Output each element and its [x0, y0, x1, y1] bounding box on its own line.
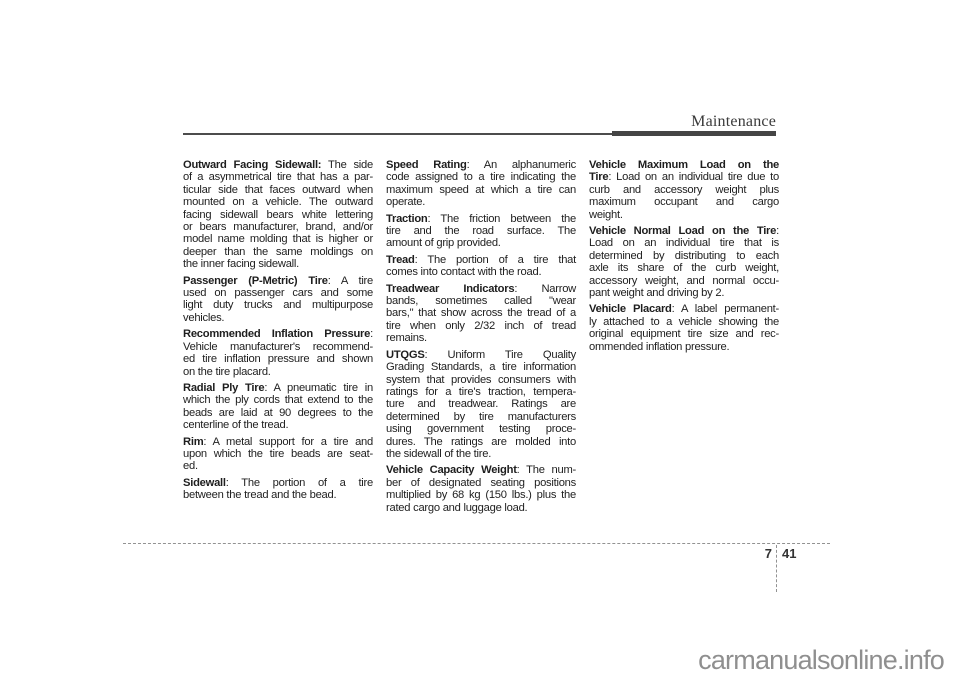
- definition-text: ly attached to a vehicle showing the: [589, 316, 779, 328]
- definition-paragraph: Recommended Inflation Pressure:Vehicle m…: [183, 328, 373, 378]
- definition-term: Recommended Inflation Pressure: [183, 328, 370, 340]
- text-line: rated cargo and luggage load.: [386, 502, 576, 514]
- definition-text: ture and treadwear. Ratings are: [386, 398, 576, 410]
- definition-text: using government testing proce-: [386, 423, 576, 435]
- definition-text: or bears manufacturer, brand, and/or: [183, 221, 373, 233]
- text-line: Vehicle Normal Load on the Tire:: [589, 225, 779, 237]
- text-line: deeper than the same moldings on: [183, 246, 373, 258]
- text-line: code assigned to a tire indicating the: [386, 171, 576, 183]
- definition-term: Tread: [386, 254, 415, 266]
- text-line: the inner facing sidewall.: [183, 258, 373, 270]
- text-line: tire when only 2/32 inch of tread: [386, 320, 576, 332]
- header-rule-thick-bar: [612, 131, 776, 136]
- text-line: the sidewall of the tire.: [386, 448, 576, 460]
- text-line: Tread: The portion of a tire that: [386, 254, 576, 266]
- text-line: system that provides consumers with: [386, 374, 576, 386]
- definition-text: ber of designated seating positions: [386, 477, 576, 489]
- definition-text: ed.: [183, 460, 198, 472]
- definition-paragraph: Vehicle Maximum Load on theTire: Load on…: [589, 159, 779, 221]
- definition-text: model name molding that is higher or: [183, 233, 373, 245]
- definition-text: on the tire placard.: [183, 366, 271, 378]
- text-line: Traction: The friction between the: [386, 213, 576, 225]
- definition-paragraph: Passenger (P-Metric) Tire: A tireused on…: [183, 275, 373, 325]
- text-line: ly attached to a vehicle showing the: [589, 316, 779, 328]
- definition-text: weight.: [589, 209, 623, 221]
- definition-paragraph: Tread: The portion of a tire thatcomes i…: [386, 254, 576, 279]
- footer-chapter-number: 7: [748, 546, 772, 561]
- definition-paragraph: Treadwear Indicators: Narrowbands, somet…: [386, 283, 576, 345]
- text-line: vehicles.: [183, 312, 373, 324]
- text-line: Radial Ply Tire: A pneumatic tire in: [183, 382, 373, 394]
- text-line: Tire: Load on an individual tire due to: [589, 171, 779, 183]
- definition-text: : Narrow: [514, 283, 576, 295]
- definition-text: determined by tire manufacturers: [386, 411, 576, 423]
- text-line: or bears manufacturer, brand, and/or: [183, 221, 373, 233]
- definition-text: : The num-: [517, 464, 576, 476]
- footer-page-number: 41: [782, 546, 796, 561]
- text-line: ed.: [183, 460, 373, 472]
- text-line: curb and accessory weight plus: [589, 184, 779, 196]
- definition-text: bars," that show across the tread of a: [386, 307, 576, 319]
- text-line: on the tire placard.: [183, 366, 373, 378]
- footer-vertical-divider: [776, 545, 777, 592]
- definition-text: ed tire inflation pressure and shown: [183, 353, 373, 365]
- definition-text: the inner facing sidewall.: [183, 258, 299, 270]
- definition-text: determined by distributing to each: [589, 250, 779, 262]
- text-line: Treadwear Indicators: Narrow: [386, 283, 576, 295]
- definition-term: Sidewall: [183, 477, 226, 489]
- definition-paragraph: UTQGS: Uniform Tire QualityGrading Stand…: [386, 349, 576, 461]
- definition-term: Tire: [589, 171, 608, 183]
- manual-page: Maintenance Outward Facing Sidewall: The…: [0, 0, 960, 679]
- definition-text: upon which the tire beads are seat-: [183, 448, 373, 460]
- text-line: accessory weight, and normal occu-: [589, 275, 779, 287]
- column-2: Speed Rating: An alphanumericcode assign…: [386, 159, 576, 518]
- definition-term: Vehicle Placard: [589, 303, 672, 315]
- text-line: of a asymmetrical tire that has a par-: [183, 171, 373, 183]
- text-line: original equipment tire size and rec-: [589, 328, 779, 340]
- text-line: Grading Standards, a tire information: [386, 361, 576, 373]
- definition-text: mounted on a vehicle. The outward: [183, 196, 373, 208]
- text-line: Vehicle manufacturer's recommend-: [183, 341, 373, 353]
- definition-text: bands, sometimes called "wear: [386, 295, 576, 307]
- text-line: ber of designated seating positions: [386, 477, 576, 489]
- definition-text: : The portion of a tire that: [415, 254, 576, 266]
- definition-text: ticular side that faces outward when: [183, 184, 373, 196]
- text-line: amount of grip provided.: [386, 237, 576, 249]
- definition-text: deeper than the same moldings on: [183, 246, 373, 258]
- text-line: between the tread and the bead.: [183, 489, 373, 501]
- text-line: Vehicle Placard: A label permanent-: [589, 303, 779, 315]
- definition-text: ommended inflation pressure.: [589, 341, 729, 353]
- definition-text: : A metal support for a tire and: [203, 436, 373, 448]
- text-line: using government testing proce-: [386, 423, 576, 435]
- definition-text: : Uniform Tire Quality: [425, 349, 576, 361]
- definition-paragraph: Vehicle Capacity Weight: The num-ber of …: [386, 464, 576, 514]
- definition-text: of a asymmetrical tire that has a par-: [183, 171, 373, 183]
- definition-text: Vehicle manufacturer's recommend-: [183, 341, 373, 353]
- definition-text: : An alphanumeric: [467, 159, 576, 171]
- definition-text: system that provides consumers with: [386, 374, 576, 386]
- text-line: dures. The ratings are molded into: [386, 436, 576, 448]
- text-line: Sidewall: The portion of a tire: [183, 477, 373, 489]
- text-line: Outward Facing Sidewall: The side: [183, 159, 373, 171]
- definition-paragraph: Rim: A metal support for a tire andupon …: [183, 436, 373, 473]
- definition-paragraph: Vehicle Normal Load on the Tire:Load on …: [589, 225, 779, 299]
- text-line: Rim: A metal support for a tire and: [183, 436, 373, 448]
- header-rule: [183, 130, 776, 136]
- text-line: ratings for a tire's traction, tempera-: [386, 386, 576, 398]
- text-line: facing sidewall bears white lettering: [183, 209, 373, 221]
- definition-term: Outward Facing Sidewall:: [183, 159, 321, 171]
- definition-text: : A label permanent-: [672, 303, 779, 315]
- definition-text: : The friction between the: [428, 213, 576, 225]
- text-line: Vehicle Capacity Weight: The num-: [386, 464, 576, 476]
- text-line: multiplied by 68 kg (150 lbs.) plus the: [386, 489, 576, 501]
- text-line: beads are laid at 90 degrees to the: [183, 407, 373, 419]
- definition-text: :: [370, 328, 373, 340]
- text-line: maximum occupant and cargo: [589, 196, 779, 208]
- definition-term: Radial Ply Tire: [183, 382, 264, 394]
- text-line: ommended inflation pressure.: [589, 341, 779, 353]
- definition-text: pant weight and driving by 2.: [589, 287, 724, 299]
- definition-term: Vehicle Maximum Load on the: [589, 159, 779, 171]
- definition-text: accessory weight, and normal occu-: [589, 275, 779, 287]
- text-line: Speed Rating: An alphanumeric: [386, 159, 576, 171]
- definition-text: the sidewall of the tire.: [386, 448, 491, 460]
- definition-text: used on passenger cars and some: [183, 287, 373, 299]
- text-line: Load on an individual tire that is: [589, 237, 779, 249]
- chapter-header-title: Maintenance: [691, 113, 776, 131]
- text-line: Vehicle Maximum Load on the: [589, 159, 779, 171]
- definition-text: vehicles.: [183, 312, 224, 324]
- text-line: tire and the road surface. The: [386, 225, 576, 237]
- text-line: comes into contact with the road.: [386, 266, 576, 278]
- text-line: ture and treadwear. Ratings are: [386, 398, 576, 410]
- definition-text: ratings for a tire's traction, tempera-: [386, 386, 576, 398]
- definition-text: tire and the road surface. The: [386, 225, 576, 237]
- definition-text: multiplied by 68 kg (150 lbs.) plus the: [386, 489, 576, 501]
- definition-text: The side: [321, 159, 373, 171]
- definition-text: original equipment tire size and rec-: [589, 328, 779, 340]
- watermark-text: carmanualsonline.info: [698, 645, 944, 676]
- definition-text: remains.: [386, 332, 427, 344]
- definitions-columns: Outward Facing Sidewall: The sideof a as…: [183, 159, 779, 518]
- definition-text: : The portion of a tire: [226, 477, 373, 489]
- definition-text: centerline of the tread.: [183, 419, 288, 431]
- text-line: determined by distributing to each: [589, 250, 779, 262]
- text-line: Passenger (P-Metric) Tire: A tire: [183, 275, 373, 287]
- text-line: remains.: [386, 332, 576, 344]
- text-line: which the ply cords that extend to the: [183, 394, 373, 406]
- text-line: used on passenger cars and some: [183, 287, 373, 299]
- definition-paragraph: Radial Ply Tire: A pneumatic tire inwhic…: [183, 382, 373, 432]
- definition-text: beads are laid at 90 degrees to the: [183, 407, 373, 419]
- text-line: ticular side that faces outward when: [183, 184, 373, 196]
- text-line: bands, sometimes called "wear: [386, 295, 576, 307]
- definition-term: Treadwear Indicators: [386, 283, 514, 295]
- column-1: Outward Facing Sidewall: The sideof a as…: [183, 159, 373, 518]
- text-line: maximum speed at which a tire can: [386, 184, 576, 196]
- text-line: pant weight and driving by 2.: [589, 287, 779, 299]
- definition-text: facing sidewall bears white lettering: [183, 209, 373, 221]
- definition-text: which the ply cords that extend to the: [183, 394, 373, 406]
- definition-term: UTQGS: [386, 349, 425, 361]
- text-line: weight.: [589, 209, 779, 221]
- definition-text: tire when only 2/32 inch of tread: [386, 320, 576, 332]
- text-line: operate.: [386, 196, 576, 208]
- text-line: bars," that show across the tread of a: [386, 307, 576, 319]
- text-line: light duty trucks and multipurpose: [183, 299, 373, 311]
- definition-text: : Load on an individual tire due to: [608, 171, 779, 183]
- definition-term: Traction: [386, 213, 428, 225]
- definition-paragraph: Sidewall: The portion of a tirebetween t…: [183, 477, 373, 502]
- definition-text: light duty trucks and multipurpose: [183, 299, 373, 311]
- text-line: model name molding that is higher or: [183, 233, 373, 245]
- text-line: ed tire inflation pressure and shown: [183, 353, 373, 365]
- header-rule-thin-line: [183, 133, 614, 135]
- definition-term: Passenger (P-Metric) Tire: [183, 275, 328, 287]
- text-line: upon which the tire beads are seat-: [183, 448, 373, 460]
- definition-text: maximum occupant and cargo: [589, 196, 779, 208]
- definition-text: comes into contact with the road.: [386, 266, 541, 278]
- definition-text: : A pneumatic tire in: [264, 382, 373, 394]
- definition-text: amount of grip provided.: [386, 237, 501, 249]
- definition-text: axle its share of the curb weight,: [589, 262, 779, 274]
- definition-text: curb and accessory weight plus: [589, 184, 779, 196]
- definition-term: Rim: [183, 436, 203, 448]
- definition-text: operate.: [386, 196, 425, 208]
- text-line: UTQGS: Uniform Tire Quality: [386, 349, 576, 361]
- definition-text: maximum speed at which a tire can: [386, 184, 576, 196]
- definition-text: rated cargo and luggage load.: [386, 502, 527, 514]
- definition-text: Grading Standards, a tire information: [386, 361, 576, 373]
- footer-dashed-line: [123, 543, 830, 544]
- definition-term: Vehicle Capacity Weight: [386, 464, 517, 476]
- definition-text: dures. The ratings are molded into: [386, 436, 576, 448]
- definition-paragraph: Traction: The friction between thetire a…: [386, 213, 576, 250]
- definition-term: Vehicle Normal Load on the Tire: [589, 225, 776, 237]
- definition-text: Load on an individual tire that is: [589, 237, 779, 249]
- definition-text: :: [776, 225, 779, 237]
- text-line: centerline of the tread.: [183, 419, 373, 431]
- definition-term: Speed Rating: [386, 159, 467, 171]
- text-line: mounted on a vehicle. The outward: [183, 196, 373, 208]
- definition-text: code assigned to a tire indicating the: [386, 171, 576, 183]
- definition-paragraph: Speed Rating: An alphanumericcode assign…: [386, 159, 576, 209]
- text-line: axle its share of the curb weight,: [589, 262, 779, 274]
- text-line: Recommended Inflation Pressure:: [183, 328, 373, 340]
- definition-text: : A tire: [328, 275, 373, 287]
- definition-paragraph: Outward Facing Sidewall: The sideof a as…: [183, 159, 373, 271]
- column-3: Vehicle Maximum Load on theTire: Load on…: [589, 159, 779, 518]
- definition-paragraph: Vehicle Placard: A label permanent-ly at…: [589, 303, 779, 353]
- definition-text: between the tread and the bead.: [183, 489, 336, 501]
- text-line: determined by tire manufacturers: [386, 411, 576, 423]
